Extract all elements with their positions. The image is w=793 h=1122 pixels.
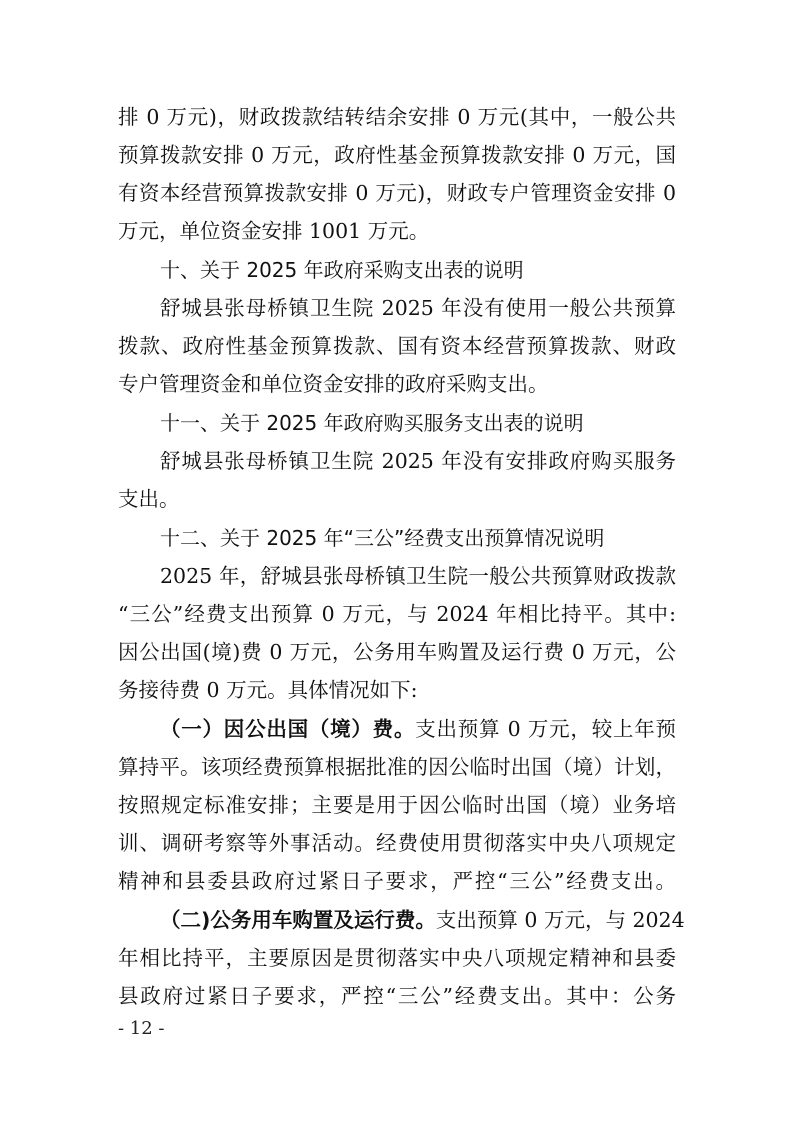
subsection-title-2: （二)公务用车购置及运行费。 [160,908,436,932]
body-text-line: 算持平。该项经费预算根据批准的因公临时出国（境）计划， [118,748,676,786]
body-text-line: 拨款、政府性基金预算拨款、国有资本经营预算拨款、财政 [118,327,676,365]
body-text-line: 2025 年，舒城县张母桥镇卫生院一般公共预算财政拨款 [118,557,676,595]
body-text-line: 有资本经营预算拨款安排 0 万元)，财政专户管理资金安排 0 [118,174,676,212]
body-text-line: 因公出国(境)费 0 万元，公务用车购置及运行费 0 万元，公 [118,633,676,671]
body-text-line: 排 0 万元)，财政拨款结转结余安排 0 万元(其中，一般公共 [118,98,676,136]
body-text-line: 舒城县张母桥镇卫生院 2025 年没有使用一般公共预算 [118,289,676,327]
body-text-line: 年相比持平，主要原因是贯彻落实中央八项规定精神和县委 [118,939,676,977]
body-text-line: 训、调研考察等外事活动。经费使用贯彻落实中央八项规定 [118,824,676,862]
page-number: - 12 - [118,1017,165,1041]
section-heading-12: 十二、关于 2025 年“三公”经费支出预算情况说明 [118,519,676,557]
body-text-line: 精神和县委县政府过紧日子要求，严控“三公”经费支出。 [118,862,676,900]
body-text-line: 务接待费 0 万元。具体情况如下: [118,671,676,709]
body-text-line: 专户管理资金和单位资金安排的政府采购支出。 [118,365,676,403]
body-text-line: “三公”经费支出预算 0 万元，与 2024 年相比持平。其中: [118,595,676,633]
body-text-line: 预算拨款安排 0 万元，政府性基金预算拨款安排 0 万元，国 [118,136,676,174]
body-text-line: 万元，单位资金安排 1001 万元。 [118,212,676,250]
body-text-line: 舒城县张母桥镇卫生院 2025 年没有安排政府购买服务 [118,442,676,480]
subsection-text: 支出预算 0 万元，较上年预 [415,717,676,741]
body-text-line: 按照规定标准安排；主要是用于因公临时出国（境）业务培 [118,786,676,824]
section-heading-11: 十一、关于 2025 年政府购买服务支出表的说明 [118,404,676,442]
body-text-line: 县政府过紧日子要求，严控“三公”经费支出。其中：公务 [118,977,676,1015]
body-text-line: 支出。 [118,480,676,518]
subsection-text: 支出预算 0 万元，与 2024 [436,908,685,932]
subsection-1-line: （一）因公出国（境）费。支出预算 0 万元，较上年预 [118,710,676,748]
subsection-title-1: （一）因公出国（境）费。 [160,717,415,741]
section-heading-10: 十、关于 2025 年政府采购支出表的说明 [118,251,676,289]
subsection-2-line: （二)公务用车购置及运行费。支出预算 0 万元，与 2024 [118,901,676,939]
